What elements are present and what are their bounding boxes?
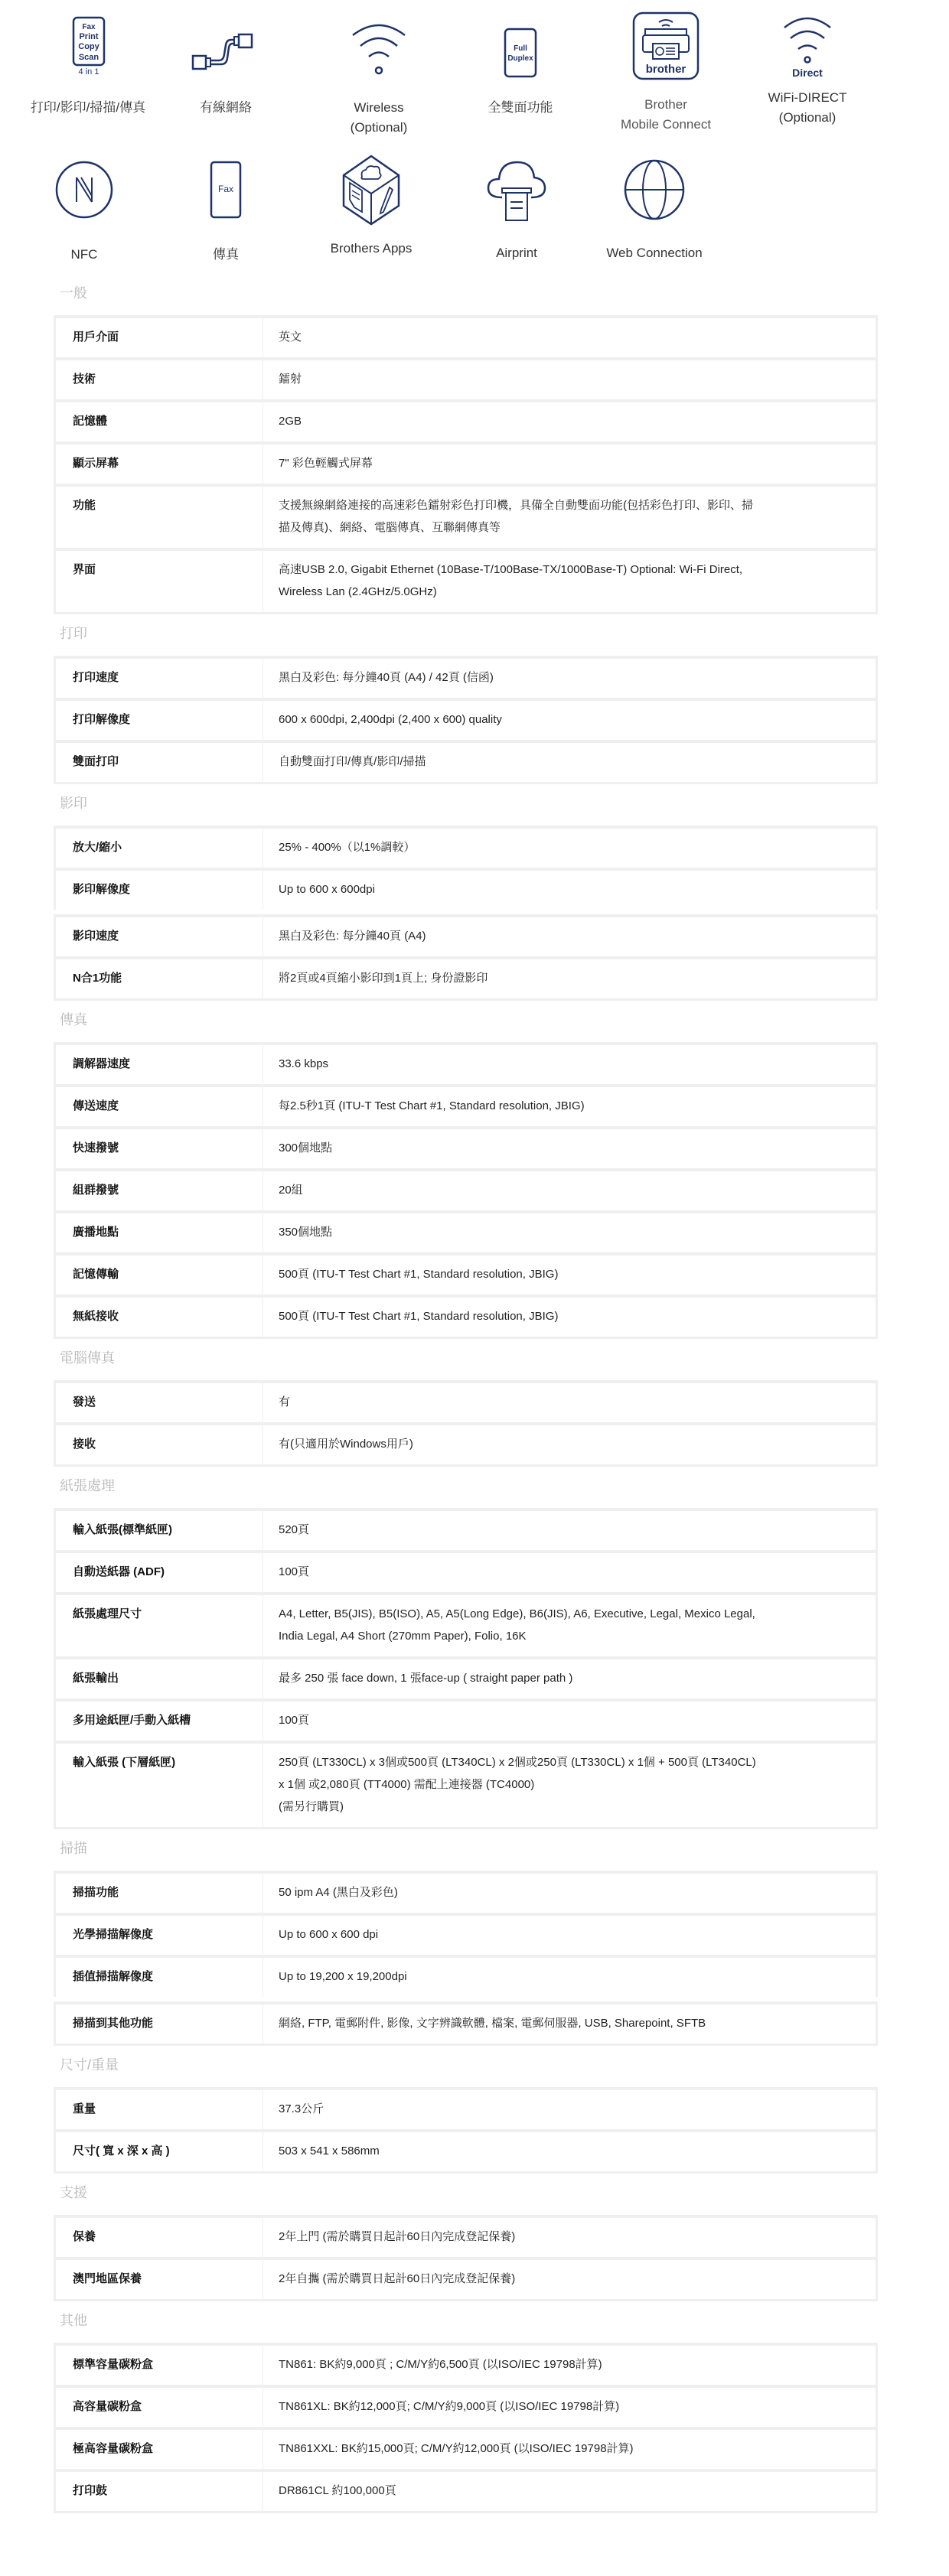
feature-wired-network: 有線網絡 bbox=[149, 8, 302, 118]
section-title: 一般 bbox=[54, 275, 878, 315]
spec-value-line: A4, Letter, B5(JIS), B5(ISO), A5, A5(Lon… bbox=[279, 1603, 860, 1625]
spec-value-line: 500頁 (ITU-T Test Chart #1, Standard reso… bbox=[279, 1305, 860, 1327]
spec-value: Up to 19,200 x 19,200dpi bbox=[263, 1954, 876, 1997]
table-row: 輸入紙張(標準紙匣)520頁 bbox=[54, 1508, 878, 1550]
spec-value: 黑白及彩色: 每分鐘40頁 (A4) bbox=[263, 913, 876, 956]
table-row: 插值掃描解像度Up to 19,200 x 19,200dpi bbox=[54, 1955, 878, 1997]
spec-value-line: 有 bbox=[279, 1391, 860, 1413]
spec-label: 尺寸( 寬 x 深 x 高 ) bbox=[56, 2132, 263, 2171]
feature-full-duplex: Full Duplex 全雙面功能 bbox=[444, 8, 597, 118]
spec-table: 放大/縮小25% - 400%（以1%調較）影印解像度Up to 600 x 6… bbox=[54, 826, 878, 1001]
spec-value-line: 350個地點 bbox=[279, 1221, 860, 1243]
spec-value: 2年自攜 (需於購買日起計60日內完成登記保養) bbox=[263, 2256, 876, 2299]
feature-wireless: Wireless (Optional) bbox=[302, 8, 455, 138]
feature-label: Wireless (Optional) bbox=[302, 98, 455, 138]
spec-label: 重量 bbox=[56, 2090, 263, 2129]
spec-label: 接收 bbox=[56, 1425, 263, 1464]
spec-value-line: TN861: BK約9,000頁 ; C/M/Y約6,500頁 (以ISO/IE… bbox=[279, 2353, 860, 2376]
svg-text:Scan: Scan bbox=[79, 53, 99, 62]
feature-label-line1: Wireless bbox=[302, 98, 455, 118]
spec-value-line: 黑白及彩色: 每分鐘40頁 (A4) bbox=[279, 925, 860, 947]
table-row: 多用途紙匣/手動入紙槽100頁 bbox=[54, 1698, 878, 1741]
feature-label-line1: Brother bbox=[589, 95, 742, 115]
section-title: 紙張處理 bbox=[54, 1468, 878, 1508]
spec-label: 插值掃描解像度 bbox=[56, 1958, 263, 1997]
table-row: 調解器速度33.6 kbps bbox=[54, 1042, 878, 1084]
table-row: 影印解像度Up to 600 x 600dpi bbox=[54, 868, 878, 910]
spec-label: 廣播地點 bbox=[56, 1213, 263, 1252]
table-row: 雙面打印自動雙面打印/傳真/影印/掃描 bbox=[54, 740, 878, 784]
spec-value-line: 20組 bbox=[279, 1179, 860, 1201]
section-title: 支援 bbox=[54, 2175, 878, 2215]
spec-value: 25% - 400%（以1%調較） bbox=[263, 825, 876, 868]
spec-value: 300個地點 bbox=[263, 1125, 876, 1168]
spec-label: 傳送速度 bbox=[56, 1087, 263, 1126]
fax-print-copy-scan-icon: Fax Print Copy Scan 4 in 1 bbox=[11, 8, 165, 84]
feature-label: 有線網絡 bbox=[149, 98, 302, 118]
spec-value-line: 有(只適用於Windows用戶) bbox=[279, 1433, 860, 1455]
svg-text:Print: Print bbox=[79, 32, 98, 41]
spec-value: 100頁 bbox=[263, 1698, 876, 1741]
spec-value: 250頁 (LT330CL) x 3個或500頁 (LT340CL) x 2個或… bbox=[263, 1740, 876, 1827]
spec-label: 影印解像度 bbox=[56, 871, 263, 910]
spec-label: 用戶介面 bbox=[56, 318, 263, 357]
spec-value-line: 500頁 (ITU-T Test Chart #1, Standard reso… bbox=[279, 1263, 860, 1285]
table-row: 記憶傳輸500頁 (ITU-T Test Chart #1, Standard … bbox=[54, 1252, 878, 1295]
spec-value-line: 25% - 400%（以1%調較） bbox=[279, 836, 860, 858]
spec-value-line: 2年自攜 (需於購買日起計60日內完成登記保養) bbox=[279, 2268, 860, 2290]
spec-value-line: 50 ipm A4 (黑白及彩色) bbox=[279, 1881, 860, 1904]
airprint-cloud-icon bbox=[440, 151, 593, 228]
svg-text:Full: Full bbox=[514, 44, 527, 53]
spec-value-line: India Legal, A4 Short (270mm Paper), Fol… bbox=[279, 1625, 860, 1647]
feature-brother-mobile-connect: brother Brother Mobile Connect bbox=[589, 8, 742, 135]
spec-value-line: 300個地點 bbox=[279, 1137, 860, 1159]
spec-value: 鐳射 bbox=[263, 357, 876, 399]
spec-label: N合1功能 bbox=[56, 959, 263, 998]
feature-web-connection: Web Connection bbox=[578, 151, 731, 263]
table-row: 極高容量碳粉盒TN861XXL: BK約15,000頁; C/M/Y約12,00… bbox=[54, 2427, 878, 2469]
svg-text:Duplex: Duplex bbox=[507, 54, 533, 63]
spec-value: 黑白及彩色: 每分鐘40頁 (A4) / 42頁 (信函) bbox=[263, 655, 876, 698]
table-row: 打印鼓DR861CL 約100,000頁 bbox=[54, 2469, 878, 2513]
table-row: 輸入紙張 (下層紙匣)250頁 (LT330CL) x 3個或500頁 (LT3… bbox=[54, 1741, 878, 1829]
spec-value: 50 ipm A4 (黑白及彩色) bbox=[263, 1870, 876, 1913]
brother-mobile-connect-icon: brother bbox=[589, 8, 742, 84]
spec-value-line: 100頁 bbox=[279, 1561, 860, 1583]
spec-table: 用戶介面英文技術鐳射記憶體2GB顯示屏幕7" 彩色輕觸式屏幕功能支援無線網絡連接… bbox=[54, 315, 878, 614]
spec-table: 掃描功能50 ipm A4 (黑白及彩色)光學掃描解像度Up to 600 x … bbox=[54, 1871, 878, 2046]
spec-value-line: Up to 600 x 600 dpi bbox=[279, 1923, 860, 1946]
spec-value: 500頁 (ITU-T Test Chart #1, Standard reso… bbox=[263, 1294, 876, 1337]
spec-value-line: TN861XXL: BK約15,000頁; C/M/Y約12,000頁 (以IS… bbox=[279, 2438, 860, 2460]
spec-value: 網絡, FTP, 電郵附件, 影像, 文字辨識軟體, 檔案, 電郵伺服器, US… bbox=[263, 2001, 876, 2044]
spec-value: 37.3公斤 bbox=[263, 2086, 876, 2129]
svg-text:Direct: Direct bbox=[792, 67, 823, 79]
spec-value-line: 7" 彩色輕觸式屏幕 bbox=[279, 452, 860, 474]
spec-label: 掃描到其他功能 bbox=[56, 2004, 263, 2044]
spec-label: 掃描功能 bbox=[56, 1874, 263, 1913]
section-title: 掃描 bbox=[54, 1831, 878, 1871]
spec-label: 界面 bbox=[56, 551, 263, 612]
spec-label: 打印解像度 bbox=[56, 701, 263, 740]
spec-value-line: 100頁 bbox=[279, 1709, 860, 1731]
spec-label: 輸入紙張(標準紙匣) bbox=[56, 1511, 263, 1550]
spec-table: 重量37.3公斤尺寸( 寬 x 深 x 高 )503 x 541 x 586mm bbox=[54, 2087, 878, 2174]
feature-nfc: NFC bbox=[8, 151, 161, 265]
spec-value: 自動雙面打印/傳真/影印/掃描 bbox=[263, 739, 876, 782]
feature-label-line2: (Optional) bbox=[302, 118, 455, 138]
spec-value-line: (需另行購買) bbox=[279, 1796, 860, 1818]
spec-value-line: 503 x 541 x 586mm bbox=[279, 2140, 860, 2162]
spec-label: 高容量碳粉盒 bbox=[56, 2388, 263, 2427]
feature-label: Web Connection bbox=[578, 243, 731, 263]
svg-text:Fax: Fax bbox=[82, 23, 96, 31]
spec-label: 澳門地區保養 bbox=[56, 2260, 263, 2299]
spec-value: 600 x 600dpi, 2,400dpi (2,400 x 600) qua… bbox=[263, 697, 876, 740]
spec-value-line: 每2.5秒1頁 (ITU-T Test Chart #1, Standard r… bbox=[279, 1095, 860, 1117]
spec-value-line: 2GB bbox=[279, 410, 860, 432]
svg-text:4 in 1: 4 in 1 bbox=[79, 67, 99, 77]
spec-value: A4, Letter, B5(JIS), B5(ISO), A5, A5(Lon… bbox=[263, 1591, 876, 1656]
spec-value: 2GB bbox=[263, 399, 876, 441]
table-row: 無紙接收500頁 (ITU-T Test Chart #1, Standard … bbox=[54, 1295, 878, 1339]
table-row: 自動送紙器 (ADF)100頁 bbox=[54, 1550, 878, 1592]
table-row: 快速撥號300個地點 bbox=[54, 1126, 878, 1168]
spec-value-line: 37.3公斤 bbox=[279, 2098, 860, 2120]
spec-value-line: DR861CL 約100,000頁 bbox=[279, 2480, 860, 2502]
full-duplex-icon: Full Duplex bbox=[444, 8, 597, 84]
feature-label-line2: (Optional) bbox=[731, 108, 884, 128]
spec-value-line: 自動雙面打印/傳真/影印/掃描 bbox=[279, 751, 860, 773]
spec-table: 輸入紙張(標準紙匣)520頁自動送紙器 (ADF)100頁紙張處理尺寸A4, L… bbox=[54, 1508, 878, 1829]
spec-value-line: 英文 bbox=[279, 326, 860, 348]
spec-value: TN861XXL: BK約15,000頁; C/M/Y約12,000頁 (以IS… bbox=[263, 2426, 876, 2469]
spec-label: 極高容量碳粉盒 bbox=[56, 2430, 263, 2469]
svg-text:brother: brother bbox=[646, 63, 686, 76]
spec-label: 標準容量碳粉盒 bbox=[56, 2346, 263, 2385]
section-title: 影印 bbox=[54, 786, 878, 826]
apps-cube-icon bbox=[295, 151, 448, 228]
table-row: 接收有(只適用於Windows用戶) bbox=[54, 1422, 878, 1467]
spec-value: 高速USB 2.0, Gigabit Ethernet (10Base-T/10… bbox=[263, 547, 876, 612]
spec-label: 打印鼓 bbox=[56, 2472, 263, 2511]
feature-airprint: Airprint bbox=[440, 151, 593, 263]
spec-label: 雙面打印 bbox=[56, 743, 263, 782]
table-row: 放大/縮小25% - 400%（以1%調較） bbox=[54, 826, 878, 868]
spec-label: 放大/縮小 bbox=[56, 829, 263, 868]
feature-wifi-direct: Direct WiFi-DIRECT (Optional) bbox=[731, 4, 884, 128]
spec-value-line: Up to 600 x 600dpi bbox=[279, 878, 860, 900]
spec-value: 350個地點 bbox=[263, 1210, 876, 1252]
spec-value-line: 600 x 600dpi, 2,400dpi (2,400 x 600) qua… bbox=[279, 708, 860, 731]
spec-label: 影印速度 bbox=[56, 917, 263, 956]
spec-value-line: 網絡, FTP, 電郵附件, 影像, 文字辨識軟體, 檔案, 電郵伺服器, US… bbox=[279, 2012, 860, 2034]
spec-table: 保養2年上門 (需於購買日起計60日內完成登記保養)澳門地區保養2年自攜 (需於… bbox=[54, 2215, 878, 2301]
spec-table: 調解器速度33.6 kbps傳送速度每2.5秒1頁 (ITU-T Test Ch… bbox=[54, 1042, 878, 1339]
feature-label: 傳真 bbox=[149, 245, 302, 265]
table-row: 廣播地點350個地點 bbox=[54, 1210, 878, 1252]
spec-table: 打印速度黑白及彩色: 每分鐘40頁 (A4) / 42頁 (信函)打印解像度60… bbox=[54, 656, 878, 784]
feature-label: WiFi-DIRECT (Optional) bbox=[731, 88, 884, 128]
spec-value: TN861XL: BK約12,000頁; C/M/Y約9,000頁 (以ISO/… bbox=[263, 2384, 876, 2427]
spec-label: 紙張輸出 bbox=[56, 1659, 263, 1698]
spec-label: 無紙接收 bbox=[56, 1298, 263, 1337]
spec-label: 功能 bbox=[56, 487, 263, 548]
spec-value-line: 支援無線網絡連接的高速彩色鐳射彩色打印機，具備全自動雙面功能(包括彩色打印、影印… bbox=[279, 494, 860, 516]
spec-label: 調解器速度 bbox=[56, 1045, 263, 1084]
spec-label: 保養 bbox=[56, 2218, 263, 2257]
spec-table: 標準容量碳粉盒TN861: BK約9,000頁 ; C/M/Y約6,500頁 (… bbox=[54, 2343, 878, 2513]
table-row: 傳送速度每2.5秒1頁 (ITU-T Test Chart #1, Standa… bbox=[54, 1084, 878, 1126]
ethernet-cable-icon bbox=[149, 8, 302, 84]
table-row: 顯示屏幕7" 彩色輕觸式屏幕 bbox=[54, 441, 878, 484]
table-row: 用戶介面英文 bbox=[54, 315, 878, 357]
fax-icon: Fax bbox=[149, 151, 302, 228]
spec-value: 20組 bbox=[263, 1168, 876, 1210]
table-row: 標準容量碳粉盒TN861: BK約9,000頁 ; C/M/Y約6,500頁 (… bbox=[54, 2343, 878, 2385]
spec-label: 光學掃描解像度 bbox=[56, 1916, 263, 1955]
feature-fax: Fax 傳真 bbox=[149, 151, 302, 265]
table-row: 打印速度黑白及彩色: 每分鐘40頁 (A4) / 42頁 (信函) bbox=[54, 656, 878, 698]
spec-value: 500頁 (ITU-T Test Chart #1, Standard reso… bbox=[263, 1252, 876, 1295]
spec-value-line: Wireless Lan (2.4GHz/5.0GHz) bbox=[279, 581, 860, 603]
spec-label: 打印速度 bbox=[56, 659, 263, 698]
feature-icons: Fax Print Copy Scan 4 in 1 打印/影印/掃描/傳真 有… bbox=[0, 0, 949, 275]
table-row: 澳門地區保養2年自攜 (需於購買日起計60日內完成登記保養) bbox=[54, 2257, 878, 2301]
spec-label: 多用途紙匣/手動入紙槽 bbox=[56, 1702, 263, 1741]
spec-value-line: x 1個 或2,080頁 (TT4000) 需配上連接器 (TC4000) bbox=[279, 1773, 860, 1796]
spec-value: 支援無線網絡連接的高速彩色鐳射彩色打印機，具備全自動雙面功能(包括彩色打印、影印… bbox=[263, 483, 876, 548]
table-row: 重量37.3公斤 bbox=[54, 2087, 878, 2129]
spec-value-line: 描及傳真)、網絡、電腦傳真、互聯網傳真等 bbox=[279, 516, 860, 539]
spec-value-line: 高速USB 2.0, Gigabit Ethernet (10Base-T/10… bbox=[279, 559, 860, 581]
spec-value-line: 250頁 (LT330CL) x 3個或500頁 (LT340CL) x 2個或… bbox=[279, 1751, 860, 1773]
table-row: 尺寸( 寬 x 深 x 高 )503 x 541 x 586mm bbox=[54, 2129, 878, 2174]
spec-value: 503 x 541 x 586mm bbox=[263, 2128, 876, 2171]
table-row: 功能支援無線網絡連接的高速彩色鐳射彩色打印機，具備全自動雙面功能(包括彩色打印、… bbox=[54, 484, 878, 548]
feature-label: Airprint bbox=[440, 243, 593, 263]
table-row: 紙張處理尺寸A4, Letter, B5(JIS), B5(ISO), A5, … bbox=[54, 1592, 878, 1656]
spec-table: 發送有接收有(只適用於Windows用戶) bbox=[54, 1380, 878, 1467]
spec-value: 最多 250 張 face down, 1 張face-up ( straigh… bbox=[263, 1656, 876, 1698]
table-row: 打印解像度600 x 600dpi, 2,400dpi (2,400 x 600… bbox=[54, 698, 878, 740]
feature-label-line1: WiFi-DIRECT bbox=[731, 88, 884, 108]
spec-value: TN861: BK約9,000頁 ; C/M/Y約6,500頁 (以ISO/IE… bbox=[263, 2342, 876, 2385]
spec-value: DR861CL 約100,000頁 bbox=[263, 2468, 876, 2511]
spec-label: 輸入紙張 (下層紙匣) bbox=[56, 1744, 263, 1827]
spec-value: 有 bbox=[263, 1379, 876, 1422]
spec-value-line: 2年上門 (需於購買日起計60日內完成登記保養) bbox=[279, 2226, 860, 2248]
feature-label: Brothers Apps bbox=[295, 239, 448, 259]
svg-text:Fax: Fax bbox=[218, 184, 233, 194]
spec-value: 將2頁或4頁縮小影印到1頁上; 身份證影印 bbox=[263, 956, 876, 998]
feature-label: NFC bbox=[8, 245, 161, 265]
table-row: 影印速度黑白及彩色: 每分鐘40頁 (A4) bbox=[54, 914, 878, 956]
spec-label: 記憶體 bbox=[56, 402, 263, 441]
spec-value-line: TN861XL: BK約12,000頁; C/M/Y約9,000頁 (以ISO/… bbox=[279, 2395, 860, 2418]
spec-value: Up to 600 x 600dpi bbox=[263, 867, 876, 910]
table-row: 技術鐳射 bbox=[54, 357, 878, 399]
table-row: 組群撥號20組 bbox=[54, 1168, 878, 1210]
spec-value: 520頁 bbox=[263, 1507, 876, 1550]
spec-value: 英文 bbox=[263, 314, 876, 357]
feature-brothers-apps: Brothers Apps bbox=[295, 151, 448, 259]
section-title: 傳真 bbox=[54, 1002, 878, 1042]
section-title: 電腦傳真 bbox=[54, 1340, 878, 1380]
table-row: 保養2年上門 (需於購買日起計60日內完成登記保養) bbox=[54, 2215, 878, 2257]
table-row: 光學掃描解像度Up to 600 x 600 dpi bbox=[54, 1913, 878, 1955]
table-row: 掃描到其他功能網絡, FTP, 電郵附件, 影像, 文字辨識軟體, 檔案, 電郵… bbox=[54, 2001, 878, 2046]
svg-text:Copy: Copy bbox=[78, 42, 99, 51]
table-row: 界面高速USB 2.0, Gigabit Ethernet (10Base-T/… bbox=[54, 548, 878, 614]
spec-label: 技術 bbox=[56, 360, 263, 399]
wifi-icon bbox=[302, 8, 455, 84]
nfc-icon bbox=[8, 151, 161, 228]
feature-label-line2: Mobile Connect bbox=[589, 115, 742, 135]
spec-value: 33.6 kbps bbox=[263, 1041, 876, 1084]
spec-value-line: Up to 19,200 x 19,200dpi bbox=[279, 1965, 860, 1988]
spec-label: 顯示屏幕 bbox=[56, 445, 263, 484]
spec-label: 自動送紙器 (ADF) bbox=[56, 1553, 263, 1592]
section-title: 其他 bbox=[54, 2303, 878, 2343]
spec-label: 發送 bbox=[56, 1383, 263, 1422]
globe-icon bbox=[578, 151, 731, 228]
spec-value: 有(只適用於Windows用戶) bbox=[263, 1422, 876, 1464]
spec-value: Up to 600 x 600 dpi bbox=[263, 1912, 876, 1955]
spec-value: 100頁 bbox=[263, 1549, 876, 1592]
spec-label: 記憶傳輸 bbox=[56, 1255, 263, 1295]
table-row: 掃描功能50 ipm A4 (黑白及彩色) bbox=[54, 1871, 878, 1913]
spec-label: 組群撥號 bbox=[56, 1171, 263, 1210]
spec-value-line: 鐳射 bbox=[279, 368, 860, 390]
spec-value-line: 黑白及彩色: 每分鐘40頁 (A4) / 42頁 (信函) bbox=[279, 666, 860, 689]
feature-label: 全雙面功能 bbox=[444, 98, 597, 118]
feature-4in1: Fax Print Copy Scan 4 in 1 打印/影印/掃描/傳真 bbox=[11, 8, 165, 118]
spec-sheet: 一般用戶介面英文技術鐳射記憶體2GB顯示屏幕7" 彩色輕觸式屏幕功能支援無線網絡… bbox=[0, 275, 949, 2576]
spec-value-line: 將2頁或4頁縮小影印到1頁上; 身份證影印 bbox=[279, 967, 860, 989]
spec-value-line: 33.6 kbps bbox=[279, 1053, 860, 1075]
table-row: 發送有 bbox=[54, 1380, 878, 1422]
spec-value-line: 520頁 bbox=[279, 1519, 860, 1541]
section-title: 尺寸/重量 bbox=[54, 2047, 878, 2087]
spec-value: 2年上門 (需於購買日起計60日內完成登記保養) bbox=[263, 2214, 876, 2257]
spec-value-line: 最多 250 張 face down, 1 張face-up ( straigh… bbox=[279, 1667, 860, 1689]
section-title: 打印 bbox=[54, 616, 878, 656]
spec-value: 每2.5秒1頁 (ITU-T Test Chart #1, Standard r… bbox=[263, 1083, 876, 1126]
spec-value: 7" 彩色輕觸式屏幕 bbox=[263, 441, 876, 484]
feature-label: Brother Mobile Connect bbox=[589, 95, 742, 135]
table-row: 記憶體2GB bbox=[54, 399, 878, 441]
wifi-direct-icon: Direct bbox=[731, 4, 884, 80]
table-row: 高容量碳粉盒TN861XL: BK約12,000頁; C/M/Y約9,000頁 … bbox=[54, 2385, 878, 2427]
spec-label: 快速撥號 bbox=[56, 1129, 263, 1168]
feature-label: 打印/影印/掃描/傳真 bbox=[11, 98, 165, 118]
table-row: 紙張輸出最多 250 張 face down, 1 張face-up ( str… bbox=[54, 1656, 878, 1698]
table-row: N合1功能將2頁或4頁縮小影印到1頁上; 身份證影印 bbox=[54, 956, 878, 1001]
spec-label: 紙張處理尺寸 bbox=[56, 1595, 263, 1656]
